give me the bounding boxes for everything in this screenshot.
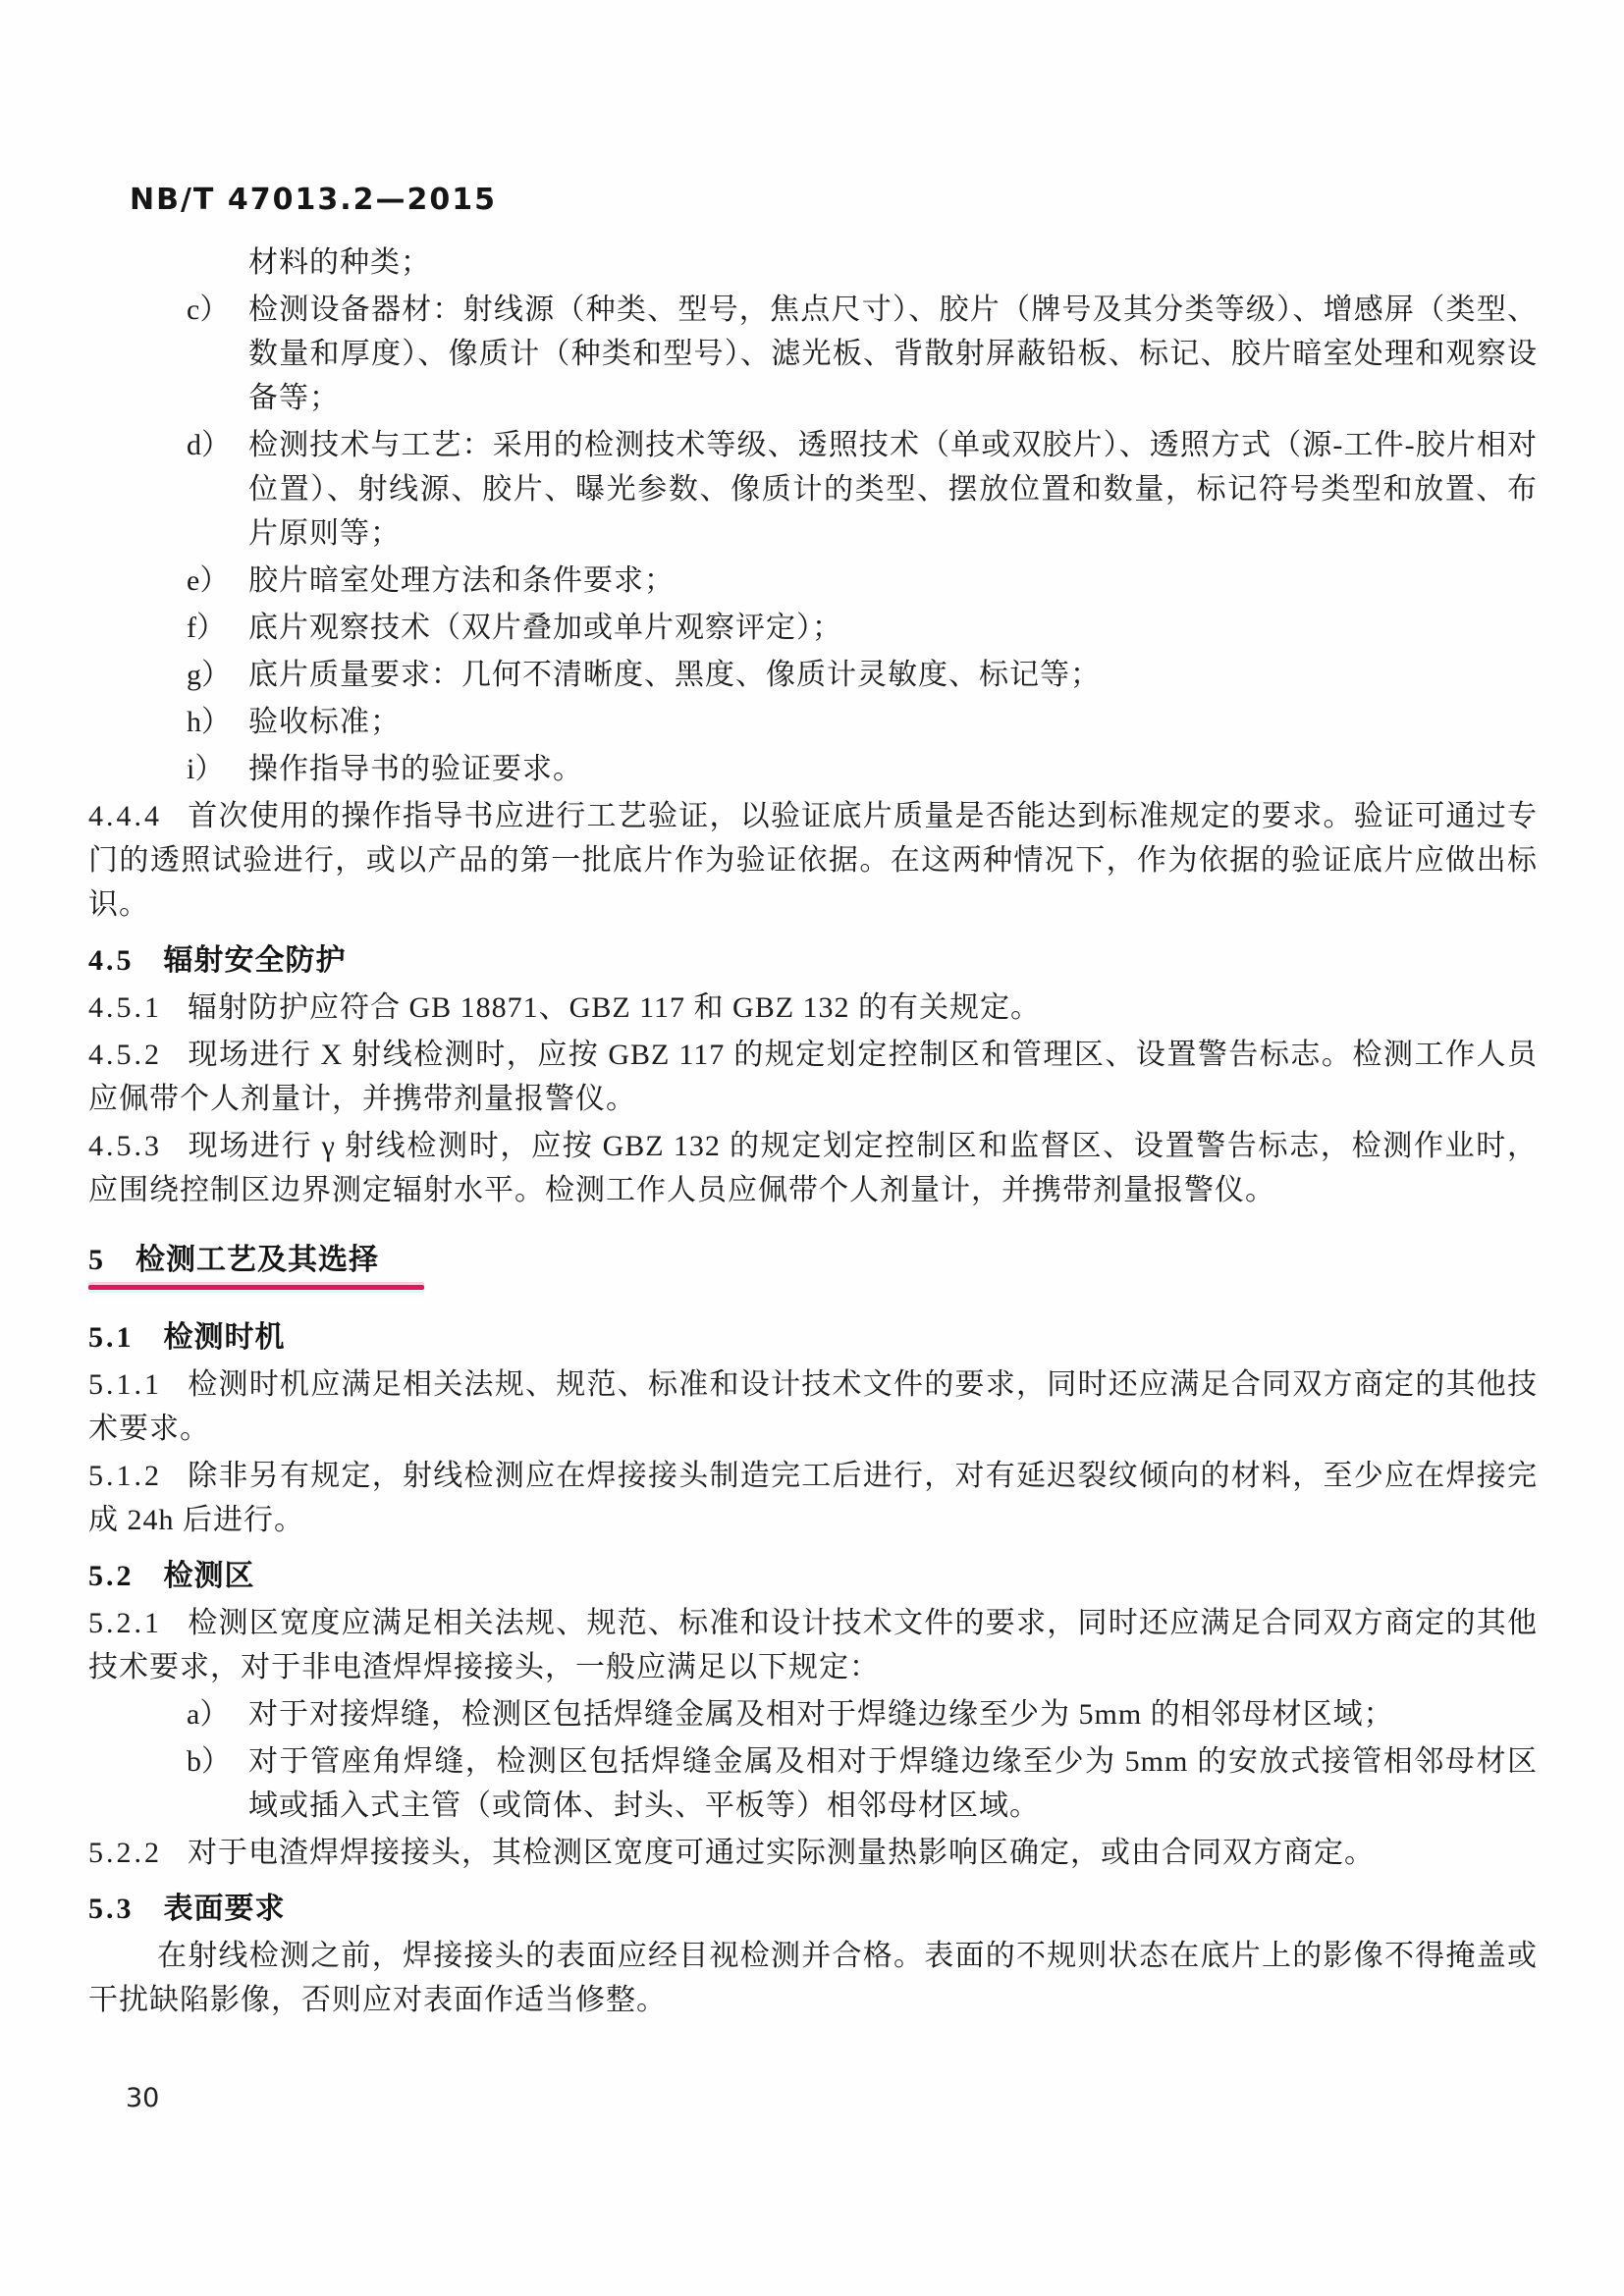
- clause-number: 4.4.4: [88, 800, 188, 832]
- list-item: c）检测设备器材：射线源（种类、型号，焦点尺寸）、胶片（牌号及其分类等级）、增感…: [88, 288, 1538, 420]
- clause-number: 5.1.1: [88, 1368, 188, 1401]
- list-item-label: g）: [187, 653, 245, 697]
- section-heading: 5检测工艺及其选择: [88, 1238, 1538, 1290]
- clause-number: 5.2.1: [88, 1607, 188, 1639]
- list-item: i）操作指导书的验证要求。: [88, 747, 1538, 791]
- section-heading-text: 表面要求: [164, 1893, 286, 1925]
- clause-text: 现场进行 X 射线检测时，应按 GBZ 117 的规定划定控制区和管理区、设置警…: [88, 1039, 1538, 1115]
- list-item-text: 底片观察技术（双片叠加或单片观察评定）；: [248, 612, 842, 644]
- clause-number: 4.5.1: [88, 991, 188, 1024]
- list-item: h）验收标准；: [88, 700, 1538, 744]
- list-item: d）检测技术与工艺：采用的检测技术等级、透照技术（单或双胶片）、透照方式（源-工…: [88, 423, 1538, 556]
- section-heading: 5.2检测区: [88, 1554, 1538, 1598]
- clause-paragraph: 5.2.1检测区宽度应满足相关法规、规范、标准和设计技术文件的要求，同时还应满足…: [88, 1601, 1538, 1689]
- clause-paragraph: 5.2.2对于电渣焊焊接接头，其检测区宽度可通过实际测量热影响区确定，或由合同双…: [88, 1831, 1538, 1875]
- list-item-label: a）: [187, 1692, 245, 1736]
- list-item-label: d）: [187, 423, 245, 467]
- list-item-text: 底片质量要求：几何不清晰度、黑度、像质计灵敏度、标记等；: [248, 659, 1101, 691]
- list-item-label: f）: [187, 606, 245, 650]
- section-heading-number: 5: [88, 1244, 135, 1276]
- clause-text: 首次使用的操作指导书应进行工艺验证，以验证底片质量是否能达到标准规定的要求。验证…: [88, 800, 1538, 921]
- section-heading: 5.1检测时机: [88, 1315, 1538, 1360]
- section-heading: 5.3表面要求: [88, 1887, 1538, 1931]
- list-item: g）底片质量要求：几何不清晰度、黑度、像质计灵敏度、标记等；: [88, 653, 1538, 697]
- continuation-line: 材料的种类；: [88, 240, 1538, 285]
- section-heading-text: 检测区: [164, 1560, 255, 1592]
- clause-paragraph: 5.1.2除非另有规定，射线检测应在焊接接头制造完工后进行，对有延迟裂纹倾向的材…: [88, 1454, 1538, 1542]
- list-item-text: 检测技术与工艺：采用的检测技术等级、透照技术（单或双胶片）、透照方式（源-工件-…: [248, 429, 1538, 550]
- clause-paragraph: 5.1.1检测时机应满足相关法规、规范、标准和设计技术文件的要求，同时还应满足合…: [88, 1362, 1538, 1451]
- clause-number: 4.5.2: [88, 1039, 188, 1071]
- section-heading-number: 5.1: [88, 1321, 164, 1354]
- standard-number-header: NB/T 47013.2—2015: [130, 183, 497, 217]
- list-item-label: b）: [187, 1739, 245, 1784]
- section-heading-text: 检测时机: [164, 1321, 286, 1354]
- page-number: 30: [126, 2083, 159, 2113]
- section-heading-text: 检测工艺及其选择: [135, 1244, 379, 1276]
- clause-number: 4.5.3: [88, 1130, 188, 1162]
- scanned-document-page: NB/T 47013.2—2015 材料的种类；c）检测设备器材：射线源（种类、…: [0, 0, 1624, 2296]
- clause-text: 检测区宽度应满足相关法规、规范、标准和设计技术文件的要求，同时还应满足合同双方商…: [88, 1607, 1538, 1683]
- clause-text: 检测时机应满足相关法规、规范、标准和设计技术文件的要求，同时还应满足合同双方商定…: [88, 1368, 1538, 1445]
- list-item-text: 操作指导书的验证要求。: [248, 753, 583, 785]
- clause-number: 5.2.2: [88, 1837, 188, 1869]
- list-item-label: e）: [187, 559, 245, 603]
- list-item-text: 检测设备器材：射线源（种类、型号，焦点尺寸）、胶片（牌号及其分类等级）、增感屏（…: [248, 294, 1538, 414]
- list-item-text: 对于管座角焊缝，检测区包括焊缝金属及相对于焊缝边缘至少为 5mm 的安放式接管相…: [248, 1745, 1538, 1822]
- list-item-text: 对于对接焊缝，检测区包括焊缝金属及相对于焊缝边缘至少为 5mm 的相邻母材区域；: [248, 1698, 1394, 1731]
- clause-text: 对于电渣焊焊接接头，其检测区宽度可通过实际测量热影响区确定，或由合同双方商定。: [188, 1837, 1375, 1869]
- section-heading: 4.5辐射安全防护: [88, 938, 1538, 983]
- clause-text: 现场进行 γ 射线检测时，应按 GBZ 132 的规定划定控制区和监督区、设置警…: [88, 1130, 1538, 1206]
- section-heading-number: 5.3: [88, 1893, 164, 1925]
- list-item-label: h）: [187, 700, 245, 744]
- list-item: f）底片观察技术（双片叠加或单片观察评定）；: [88, 606, 1538, 650]
- continuation-text: 材料的种类；: [248, 246, 431, 279]
- section-heading-number: 4.5: [88, 944, 164, 977]
- list-item: b）对于管座角焊缝，检测区包括焊缝金属及相对于焊缝边缘至少为 5mm 的安放式接…: [88, 1739, 1538, 1828]
- list-item: a）对于对接焊缝，检测区包括焊缝金属及相对于焊缝边缘至少为 5mm 的相邻母材区…: [88, 1692, 1538, 1736]
- body-paragraph-text: 在射线检测之前，焊接接头的表面应经目视检测并合格。表面的不规则状态在底片上的影像…: [88, 1940, 1538, 2016]
- clause-text: 除非另有规定，射线检测应在焊接接头制造完工后进行，对有延迟裂纹倾向的材料，至少应…: [88, 1460, 1538, 1536]
- list-item: e）胶片暗室处理方法和条件要求；: [88, 559, 1538, 603]
- section-heading-text: 辐射安全防护: [164, 944, 347, 977]
- clause-paragraph: 4.5.1辐射防护应符合 GB 18871、GBZ 117 和 GBZ 132 …: [88, 986, 1538, 1030]
- clause-paragraph: 4.5.3现场进行 γ 射线检测时，应按 GBZ 132 的规定划定控制区和监督…: [88, 1124, 1538, 1212]
- clause-number: 5.1.2: [88, 1460, 188, 1492]
- list-item-label: i）: [187, 747, 245, 791]
- red-marker-underline: [88, 1285, 424, 1290]
- section-heading-number: 5.2: [88, 1560, 164, 1592]
- list-item-text: 胶片暗室处理方法和条件要求；: [248, 564, 675, 597]
- list-item-label: c）: [187, 288, 245, 332]
- list-item-text: 验收标准；: [248, 706, 401, 738]
- body-paragraph: 在射线检测之前，焊接接头的表面应经目视检测并合格。表面的不规则状态在底片上的影像…: [88, 1934, 1538, 2022]
- clause-paragraph: 4.5.2现场进行 X 射线检测时，应按 GBZ 117 的规定划定控制区和管理…: [88, 1033, 1538, 1121]
- clause-text: 辐射防护应符合 GB 18871、GBZ 117 和 GBZ 132 的有关规定…: [188, 991, 1041, 1024]
- clause-paragraph: 4.4.4首次使用的操作指导书应进行工艺验证，以验证底片质量是否能达到标准规定的…: [88, 794, 1538, 927]
- document-body: 材料的种类；c）检测设备器材：射线源（种类、型号，焦点尺寸）、胶片（牌号及其分类…: [88, 238, 1538, 2022]
